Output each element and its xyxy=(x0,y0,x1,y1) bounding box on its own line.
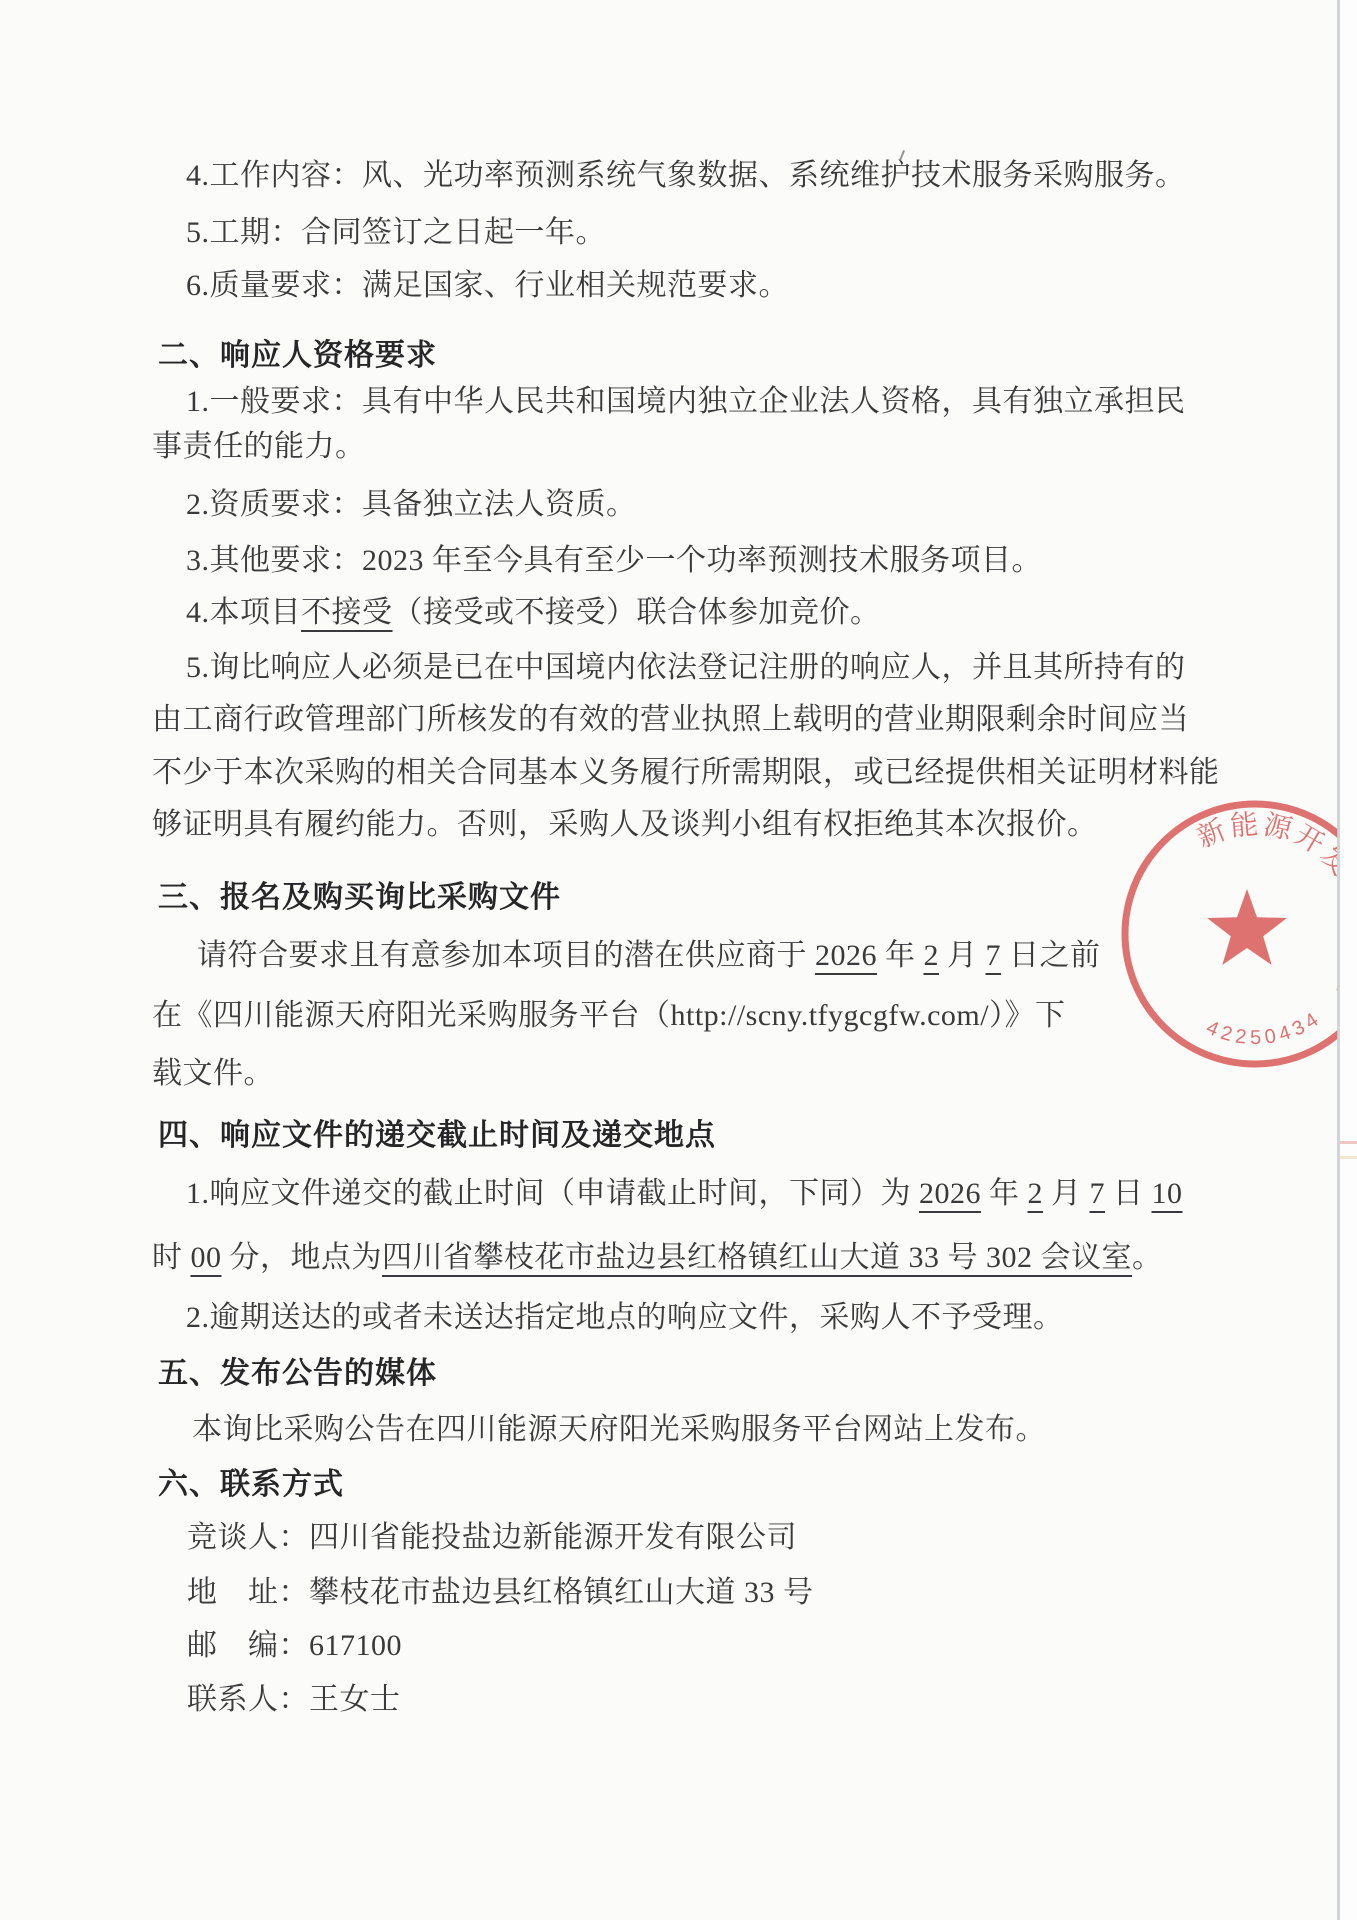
seal-star-icon xyxy=(1207,889,1287,965)
line-duration: 5.工期：合同签订之日起一年。 xyxy=(186,215,606,251)
company-seal-stamp: 新能源开发有限公司 4225043402 xyxy=(1110,790,1338,1090)
line-registration-deadline: 请符合要求且有意参加本项目的潜在供应商于 2026 年 2 月 7 日之前 xyxy=(197,938,1101,974)
line-address: 地 址：攀枝花市盐边县红格镇红山大道 33 号 xyxy=(187,1575,814,1611)
heading-section-5-media: 五、发布公告的媒体 xyxy=(158,1356,437,1392)
line-other-requirement: 3.其他要求：2023 年至今具有至少一个功率预测技术服务项目。 xyxy=(186,543,1042,579)
line-quality: 6.质量要求：满足国家、行业相关规范要求。 xyxy=(186,268,789,304)
line-submission-deadline-2: 时 00 分，地点为四川省攀枝花市盐边县红格镇红山大道 33 号 302 会议室… xyxy=(152,1240,1163,1276)
line-negotiator: 竞谈人：四川省能投盐边新能源开发有限公司 xyxy=(187,1520,797,1556)
line-announcement-media: 本询比采购公告在四川能源天府阳光采购服务平台网站上发布。 xyxy=(192,1412,1046,1448)
heading-section-3-registration: 三、报名及购买询比采购文件 xyxy=(158,880,561,916)
line-general-requirement-1: 1.一般要求：具有中华人民共和国境内独立企业法人资格，具有独立承担民 xyxy=(186,384,1186,420)
heading-section-4-submission: 四、响应文件的递交截止时间及递交地点 xyxy=(158,1118,716,1154)
line-general-requirement-2: 事责任的能力。 xyxy=(152,429,366,465)
scan-artifact-red-mark xyxy=(1340,1141,1357,1144)
line-registration-requirement-1: 5.询比响应人必须是已在中国境内依法登记注册的响应人，并且其所持有的 xyxy=(186,650,1186,686)
line-work-content: 4.工作内容：风、光功率预测系统气象数据、系统维护技术服务采购服务。 xyxy=(186,158,1186,194)
line-registration-requirement-4: 够证明具有履约能力。否则，采购人及谈判小组有权拒绝其本次报价。 xyxy=(152,807,1098,843)
heading-section-6-contact: 六、联系方式 xyxy=(158,1467,344,1503)
line-contact-person: 联系人：王女士 xyxy=(187,1682,401,1718)
line-overdue: 2.逾期送达的或者未送达指定地点的响应文件，采购人不予受理。 xyxy=(186,1300,1064,1336)
heading-section-2-qualification: 二、响应人资格要求 xyxy=(158,338,437,374)
scan-edge-margin xyxy=(1340,0,1357,1920)
seal-arc-text: 新能源开发有限公司 xyxy=(1192,808,1338,1009)
line-download-file: 载文件。 xyxy=(152,1056,274,1092)
line-registration-requirement-2: 由工商行政管理部门所核发的有效的营业执照上载明的营业期限剩余时间应当 xyxy=(152,702,1189,738)
line-qualification-requirement: 2.资质要求：具备独立法人资质。 xyxy=(186,487,637,523)
line-postcode: 邮 编：617100 xyxy=(187,1628,402,1664)
scan-artifact-yellow-mark xyxy=(1340,1156,1357,1159)
line-no-consortium: 4.本项目不接受（接受或不接受）联合体参加竞价。 xyxy=(186,595,881,631)
line-submission-deadline-1: 1.响应文件递交的截止时间（申请截止时间，下同）为 2026 年 2 月 7 日… xyxy=(186,1176,1183,1212)
document-page: 4.工作内容：风、光功率预测系统气象数据、系统维护技术服务采购服务。 5.工期：… xyxy=(0,0,1357,1920)
line-platform-url: 在《四川能源天府阳光采购服务平台（http://scny.tfygcgfw.co… xyxy=(152,998,1066,1034)
line-registration-requirement-3: 不少于本次采购的相关合同基本义务履行所需期限，或已经提供相关证明材料能 xyxy=(152,755,1220,791)
